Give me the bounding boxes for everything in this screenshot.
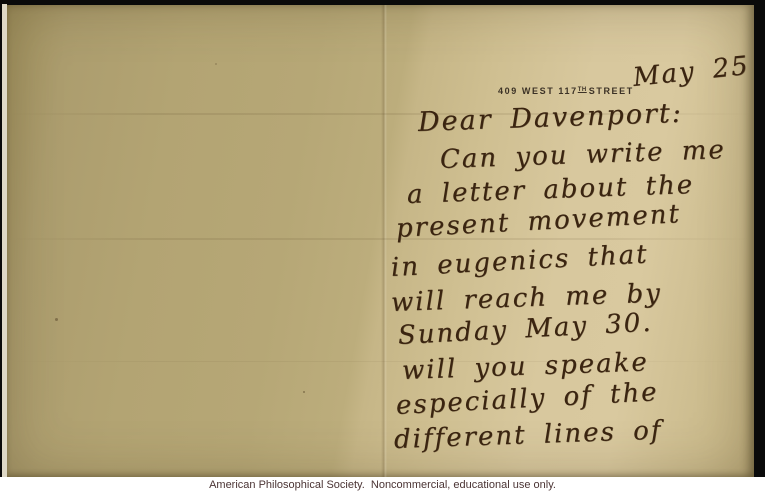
body-line: in eugenics that — [390, 240, 649, 283]
paper-speck — [55, 318, 58, 321]
center-fold-line — [381, 5, 387, 478]
paper-speck — [303, 391, 305, 393]
caption-bar: American Philosophical Society. Noncomme… — [0, 477, 765, 494]
body-line: Can you write me — [439, 135, 726, 175]
handwritten-date: May 25 1910 — [631, 41, 765, 93]
salutation-line: Dear Davenport: — [417, 98, 683, 138]
body-line: different lines of — [393, 416, 662, 455]
letter-paper: 409 WEST 117THSTREET May 25 1910 Dear Da… — [7, 5, 754, 478]
letter-scan: 409 WEST 117THSTREET May 25 1910 Dear Da… — [0, 0, 765, 494]
printed-letterhead: 409 WEST 117THSTREET — [498, 86, 634, 96]
caption-text: American Philosophical Society. Noncomme… — [209, 477, 556, 494]
letterhead-street-word: STREET — [589, 86, 634, 96]
letterhead-number-street: 409 WEST 117 — [498, 86, 578, 96]
letterhead-ordinal: TH — [578, 87, 587, 93]
paper-speck — [215, 63, 217, 65]
